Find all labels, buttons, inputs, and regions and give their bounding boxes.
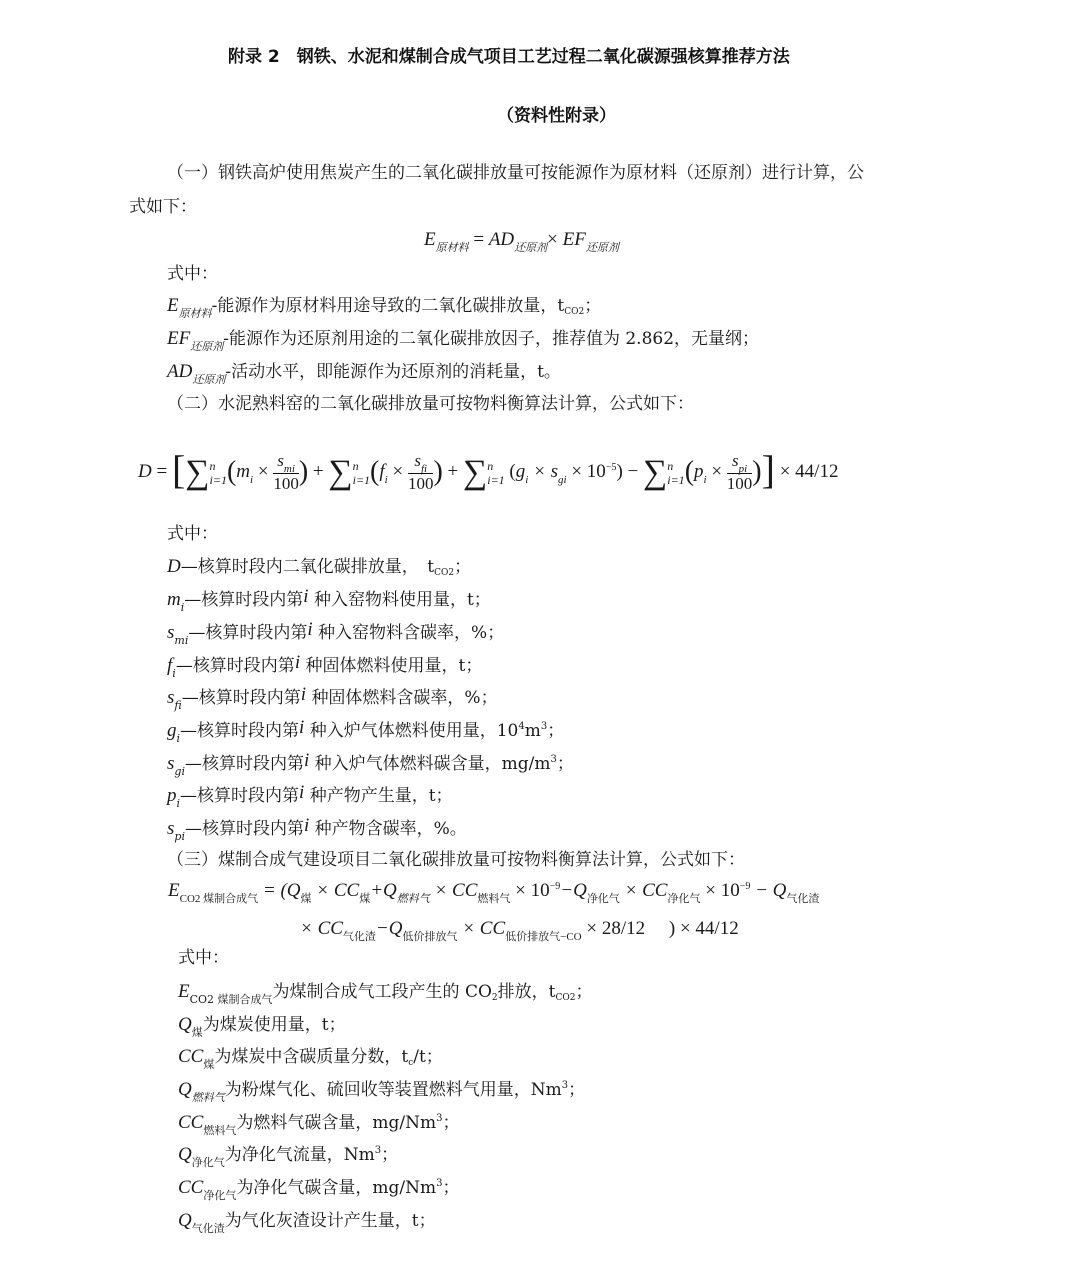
definition-item: CC煤为煤炭中含碳质量分数，tc/t； bbox=[178, 1045, 443, 1072]
definition-item: pi—核算时段内第i 种产物产生量，t； bbox=[167, 784, 453, 810]
formula-operator: = bbox=[469, 229, 489, 250]
definition-item: CC燃料气为燃料气碳含量，mg/Nm3； bbox=[178, 1111, 459, 1138]
formula-symbol: EF bbox=[563, 229, 586, 250]
definition-item: EF还原剂-能源作为还原剂用途的二氧化碳排放因子，推荐值为 2.862，无量纲； bbox=[167, 327, 759, 353]
formula-cement-kiln: D = [∑ni=1(mi × smi100) + ∑ni=1(fi × sfi… bbox=[138, 440, 838, 494]
section2-intro: （二）水泥熟料窑的二氧化碳排放量可按物料衡算法计算，公式如下： bbox=[167, 392, 694, 416]
appendix-subtitle: （资料性附录） bbox=[497, 101, 616, 126]
formula-operator: × bbox=[547, 229, 558, 250]
section3-intro: （三）煤制合成气建设项目二氧化碳排放量可按物料衡算法计算，公式如下： bbox=[167, 848, 745, 872]
formula-symbol: E bbox=[424, 229, 436, 250]
where-label: 式中： bbox=[167, 262, 218, 286]
definition-item: Q净化气为净化气流量，Nm3； bbox=[178, 1143, 398, 1170]
definition-item: ECO2 煤制合成气为煤制合成气工段产生的 CO2排放，tCO2； bbox=[178, 980, 592, 1007]
definition-item: Q气化渣为气化灰渣设计产生量，t； bbox=[178, 1209, 436, 1235]
definition-item: AD还原剂-活动水平，即能源作为还原剂的消耗量，t。 bbox=[167, 360, 561, 386]
definition-item: E原材料-能源作为原材料用途导致的二氧化碳排放量，tCO2； bbox=[167, 294, 601, 321]
formula-coal-syngas-line1: ECO2 煤制合成气 = (Q煤 × CC煤+Q燃料气 × CC燃料气 × 10… bbox=[168, 880, 819, 902]
definition-item: CC净化气为净化气碳含量，mg/Nm3； bbox=[178, 1176, 459, 1203]
formula-coal-syngas-line2: × CC气化渣−Q低价排放气 × CC低价排放气−CO × 28/12 ) × … bbox=[300, 913, 739, 940]
formula-symbol: AD bbox=[489, 229, 514, 250]
formula-subscript: 还原剂 bbox=[514, 242, 547, 254]
section1-intro-line2: 式如下： bbox=[129, 195, 197, 219]
formula-raw-material: E原材料 = AD还原剂× EF还原剂 bbox=[424, 229, 619, 251]
appendix-title: 附录 2 钢铁、水泥和煤制合成气项目工艺过程二氧化碳源强核算推荐方法 bbox=[228, 42, 790, 67]
definition-item: fi—核算时段内第i 种固体燃料使用量，t； bbox=[167, 654, 482, 680]
formula-subscript: 还原剂 bbox=[586, 242, 619, 254]
definition-item: gi—核算时段内第i 种入炉气体燃料使用量，104m3； bbox=[167, 719, 564, 746]
definition-item: Q燃料气为粉煤气化、硫回收等装置燃料气用量，Nm3； bbox=[178, 1078, 585, 1105]
section1-intro-line1: （一）钢铁高炉使用焦炭产生的二氧化碳排放量可按能源作为原材料（还原剂）进行计算，… bbox=[167, 161, 864, 185]
definition-item: spi—核算时段内第i 种产物含碳率，%。 bbox=[167, 817, 467, 843]
definition-item: D—核算时段内二氧化碳排放量， tCO2； bbox=[167, 555, 471, 582]
formula-subscript: 原材料 bbox=[436, 242, 469, 254]
definition-item: smi—核算时段内第i 种入窑物料含碳率，%； bbox=[167, 621, 504, 647]
definition-item: sgi—核算时段内第i 种入炉气体燃料碳含量，mg/m3； bbox=[167, 752, 574, 779]
definition-item: Q煤为煤炭使用量，t； bbox=[178, 1013, 346, 1039]
where-label: 式中： bbox=[167, 522, 218, 546]
definition-item: sfi—核算时段内第i 种固体燃料含碳率，%； bbox=[167, 686, 498, 712]
where-label: 式中： bbox=[178, 946, 229, 970]
definition-item: mi—核算时段内第i 种入窑物料使用量，t； bbox=[167, 588, 491, 614]
